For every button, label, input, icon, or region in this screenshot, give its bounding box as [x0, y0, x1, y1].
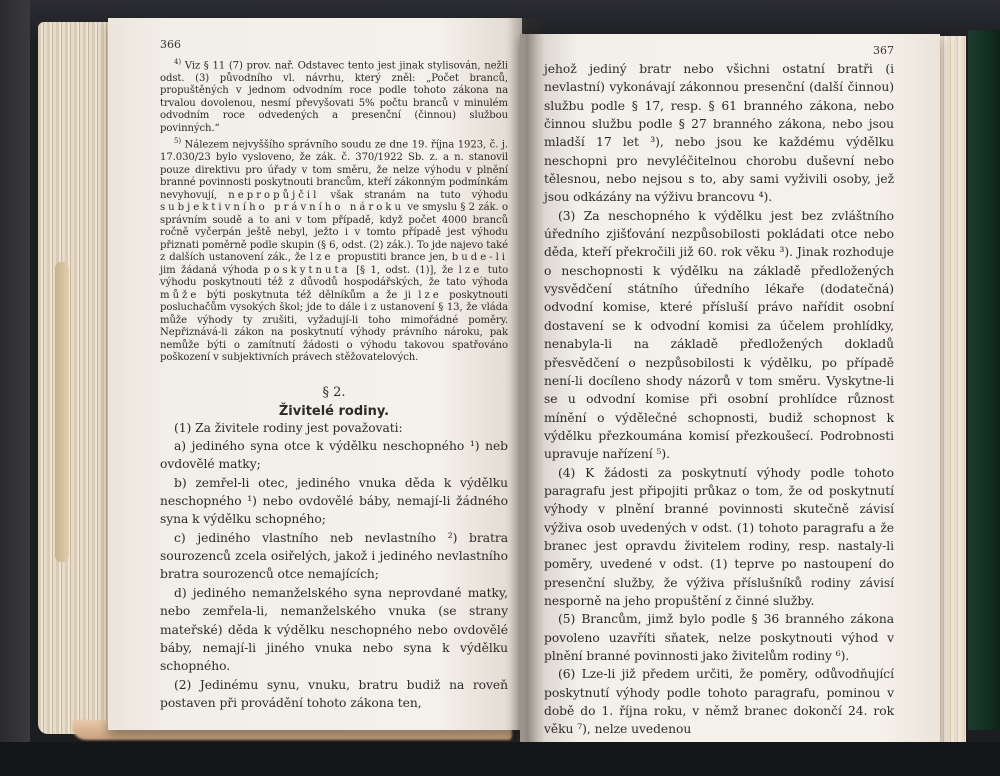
page-block-left	[38, 22, 118, 734]
book-cover-right	[968, 30, 1000, 730]
paragraph: c) jediného vlastního neb nevlastního ²)…	[160, 529, 508, 584]
background-left	[0, 0, 30, 776]
book-gutter	[505, 18, 545, 744]
paragraph: jehož jediný bratr nebo všichni ostatní …	[544, 60, 894, 207]
page-edge-right	[940, 36, 966, 742]
footnote-5: 5) Nálezem nejvyššího správního soudu ze…	[160, 135, 508, 364]
paragraph: (3) Za neschopného k výdělku jest bez zv…	[544, 207, 894, 464]
bookmark-tab	[55, 262, 69, 562]
paragraph: b) zemřel-li otec, jediného vnuka děda k…	[160, 474, 508, 529]
paragraph: (5) Brancům, jimž bylo podle § 36 branné…	[544, 610, 894, 665]
background-bottom	[0, 742, 1000, 776]
footnote-4: 4) Viz § 11 (7) prov. nař. Odstavec tent…	[160, 56, 508, 135]
paragraph: (2) Jedinému synu, vnuku, bratru budiž n…	[160, 676, 508, 713]
paragraph: a) jediného syna otce k výdělku neschopn…	[160, 437, 508, 474]
paragraph: (6) Lze-li již předem určiti, že poměry,…	[544, 665, 894, 738]
page-number-right: 367	[873, 44, 894, 57]
section-title: Živitelé rodiny.	[160, 404, 508, 419]
paragraph: (1) Za živitele rodiny jest považovati:	[160, 419, 508, 437]
book-photo: 366 4) Viz § 11 (7) prov. nař. Odstavec …	[0, 0, 1000, 776]
right-page-text: 367 jehož jediný bratr nebo všichni osta…	[544, 44, 894, 739]
paragraph: (4) K žádosti za poskytnutí výhody podle…	[544, 464, 894, 611]
left-page-text: 366 4) Viz § 11 (7) prov. nař. Odstavec …	[160, 38, 508, 712]
page-number-left: 366	[160, 38, 181, 51]
section-number: § 2.	[160, 385, 508, 400]
paragraph: d) jediného nemanželského syna neprovdan…	[160, 584, 508, 676]
